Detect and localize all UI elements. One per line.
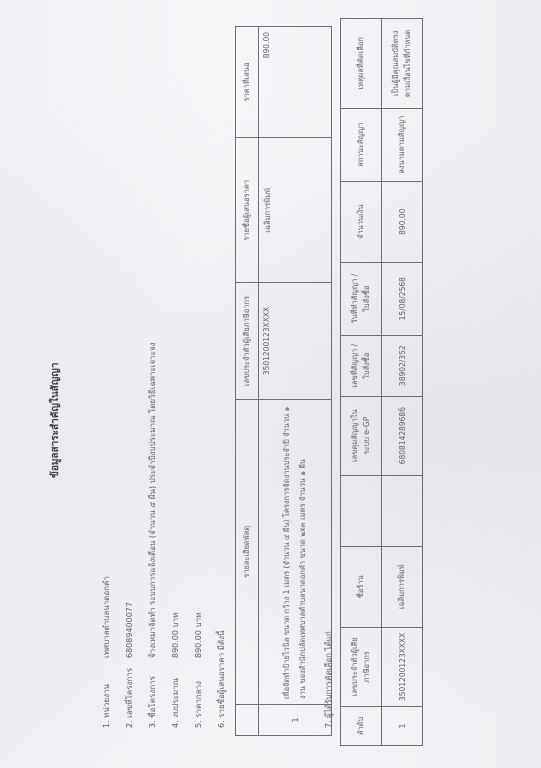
field-median-price: 5. ราคากลาง890.00 บาท (192, 613, 205, 728)
table-row: 1 3501200123XXXX เฉลิมการพิมพ์ 680814289… (382, 19, 423, 746)
table-row: 1 เพื่อจัดทำป้ายไวนิล ขนาด กว้าง 1 เมตร … (259, 27, 332, 736)
page-title: ข้อมูลสาระสำคัญในสัญญา (48, 363, 63, 478)
field-project-name: 3. ชื่อโครงการจ้างเหมาจัดทำ ระบบการแจ้งเ… (146, 342, 159, 728)
field-agency: 1. หน่วยงานเทศบาลตำบลนาดอกคำ (100, 576, 113, 728)
contract-summary-page: ข้อมูลสาระสำคัญในสัญญา 1. หน่วยงานเทศบาล… (0, 0, 541, 768)
table-header-row: ลำดับ เลขประจำตัวผู้เสียภาษีอากร ชื่อร้า… (341, 19, 382, 746)
selected-vendor-table: ลำดับ เลขประจำตัวผู้เสียภาษีอากร ชื่อร้า… (340, 18, 423, 746)
section7-label: 7. ผู้ได้รับการคัดเลือก ได้แก่ (322, 631, 335, 728)
section6-label: 6. รายชื่อผู้เสนอราคา มีดังนี้ (215, 631, 228, 728)
table-header-row: รายละเอียดพัสดุ เลขประจำตัวผู้เสียภาษีอา… (236, 27, 259, 736)
field-budget: 4. งบประมาณ890.00 บาท (169, 613, 182, 728)
field-project-number: 2. เลขที่โครงการ68089400077 (123, 602, 136, 728)
bidders-table: รายละเอียดพัสดุ เลขประจำตัวผู้เสียภาษีอา… (235, 26, 332, 736)
